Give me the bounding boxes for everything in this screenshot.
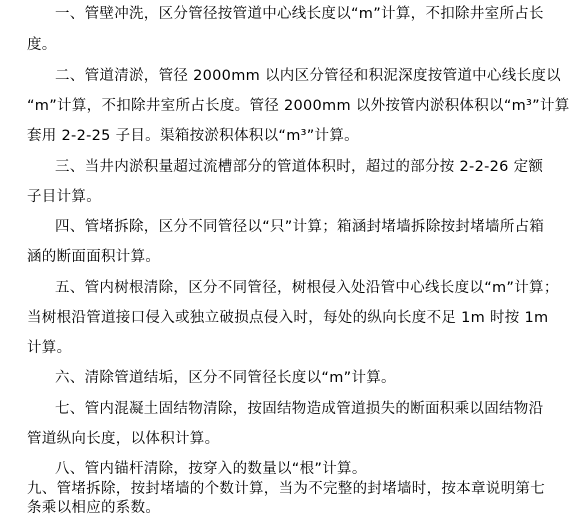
text-line: 八、管内锚杆清除，按穿入的数量以“根”计算。 bbox=[55, 459, 367, 479]
text-line: 三、当井内淤积量超过流槽部分的管道体积时，超过的部分按 2-2-26 定额 bbox=[55, 157, 543, 177]
text-line: 度。 bbox=[27, 35, 57, 55]
text-line: 六、清除管道结垢，区分不同管径长度以“m”计算。 bbox=[55, 368, 396, 388]
text-line: 涵的断面面积计算。 bbox=[27, 247, 160, 267]
text-line: “m”计算，不扣除井室所占长度。管径 2000mm 以外按管内淤积体积以“m³”… bbox=[27, 96, 569, 116]
text-line: 计算。 bbox=[27, 338, 71, 358]
text-line: 七、管内混凝土固结物清除，按固结物造成管道损失的断面积乘以固结物沿 bbox=[55, 399, 543, 419]
text-line: 当树根沿管道接口侵入或独立破损点侵入时，每处的纵向长度不足 1m 时按 1m bbox=[27, 308, 548, 328]
text-line: 一、管壁冲洗，区分管径按管道中心线长度以“m”计算，不扣除井室所占长 bbox=[55, 4, 544, 24]
text-line: 套用 2-2-25 子目。渠箱按淤积体积以“m³”计算。 bbox=[27, 126, 359, 146]
text-line: 四、管堵拆除，区分不同管径以“只”计算；箱涵封堵墙拆除按封堵墙所占箱 bbox=[55, 217, 544, 237]
text-line: 子目计算。 bbox=[27, 187, 101, 207]
text-line: 九、管堵拆除，按封堵墙的个数计算，当为不完整的封堵墙时，按本章说明第七 bbox=[27, 479, 545, 499]
text-line: 条乘以相应的系数。 bbox=[27, 498, 160, 518]
text-line: 二、管道清淤，管径 2000mm 以内区分管径和积泥深度按管道中心线长度以 bbox=[55, 66, 561, 86]
text-line: 五、管内树根清除，区分不同管径，树根侵入处沿管中心线长度以“m”计算； bbox=[55, 278, 559, 298]
text-line: 管道纵向长度，以体积计算。 bbox=[27, 429, 219, 449]
